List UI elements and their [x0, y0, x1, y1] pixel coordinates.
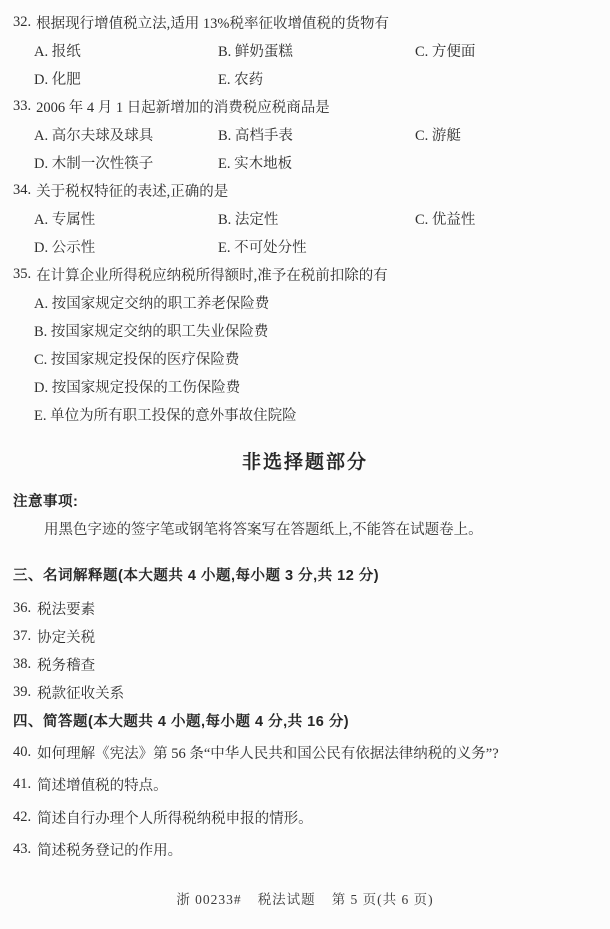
question-36-number: 36. [13, 600, 31, 617]
question-34-stem: 关于税权特征的表述,正确的是 [36, 180, 228, 201]
question-35-stem: 在计算企业所得税应纳税所得额时,准予在税前扣除的有 [36, 264, 388, 285]
question-32-stem-line: 32. 根据现行增值税立法,适用 13%税率征收增值税的货物有 [0, 8, 610, 36]
question-41-number: 41. [13, 776, 31, 793]
part-three-heading: 三、名词解释题(本大题共 4 小题,每小题 3 分,共 12 分) [0, 560, 610, 588]
question-35-number: 35. [13, 266, 31, 283]
question-34-option-b: B. 法定性 [218, 208, 415, 229]
question-33-stem: 2006 年 4 月 1 日起新增加的消费税应税商品是 [36, 96, 330, 117]
question-37: 37. 协定关税 [0, 622, 610, 650]
question-34-options-row-2: D. 公示性 E. 不可处分性 [34, 232, 610, 260]
question-42-text: 简述自行办理个人所得税纳税申报的情形。 [37, 807, 313, 828]
notice-text: 用黑色字迹的签字笔或钢笔将答案写在答题纸上,不能答在试题卷上。 [0, 514, 610, 542]
question-34-number: 34. [13, 182, 31, 199]
question-39-number: 39. [13, 684, 31, 701]
question-40-number: 40. [13, 744, 31, 761]
question-38: 38. 税务稽查 [0, 650, 610, 678]
question-32-option-b: B. 鲜奶蛋糕 [218, 40, 415, 61]
question-34-option-a: A. 专属性 [34, 208, 218, 229]
question-32-stem: 根据现行增值税立法,适用 13%税率征收增值税的货物有 [36, 12, 389, 33]
question-32-option-c: C. 方便面 [415, 40, 610, 61]
question-34-options-row-1: A. 专属性 B. 法定性 C. 优益性 [34, 204, 610, 232]
section-title: 非选择题部分 [242, 447, 368, 474]
question-41: 41. 简述增值税的特点。 [0, 770, 610, 798]
question-33-option-c: C. 游艇 [415, 124, 610, 145]
question-33-number: 33. [13, 98, 31, 115]
question-35-option-c: C. 按国家规定投保的医疗保险费 [0, 344, 610, 372]
page-number: 第 5 页(共 6 页) [332, 888, 434, 908]
question-35-option-a: A. 按国家规定交纳的职工养老保险费 [0, 288, 610, 316]
question-34-option-e: E. 不可处分性 [218, 236, 415, 257]
part-four-heading: 四、简答题(本大题共 4 小题,每小题 4 分,共 16 分) [0, 706, 610, 734]
question-43-number: 43. [13, 841, 31, 858]
question-37-number: 37. [13, 628, 31, 645]
question-34-stem-line: 34. 关于税权特征的表述,正确的是 [0, 176, 610, 204]
question-33-stem-line: 33. 2006 年 4 月 1 日起新增加的消费税应税商品是 [0, 92, 610, 120]
question-43-text: 简述税务登记的作用。 [37, 839, 182, 860]
question-42-number: 42. [13, 809, 31, 826]
question-33-options-row-1: A. 高尔夫球及球具 B. 高档手表 C. 游艇 [34, 120, 610, 148]
question-43: 43. 简述税务登记的作用。 [0, 835, 610, 863]
question-34-option-c: C. 优益性 [415, 208, 610, 229]
exam-code: 浙 00233# [176, 888, 241, 908]
question-32-options-row-1: A. 报纸 B. 鲜奶蛋糕 C. 方便面 [34, 36, 610, 64]
question-37-text: 协定关税 [37, 626, 95, 647]
paper-title: 税法试题 [258, 888, 316, 908]
question-32-options-row-2: D. 化肥 E. 农药 [34, 64, 610, 92]
notice-label: 注意事项: [0, 486, 610, 514]
question-32-number: 32. [13, 14, 31, 31]
question-35-option-e: E. 单位为所有职工投保的意外事故住院险 [0, 400, 610, 428]
question-33-option-d: D. 木制一次性筷子 [34, 152, 218, 173]
question-33-option-a: A. 高尔夫球及球具 [34, 124, 218, 145]
question-33-options-row-2: D. 木制一次性筷子 E. 实木地板 [34, 148, 610, 176]
question-36: 36. 税法要素 [0, 594, 610, 622]
question-32-option-a: A. 报纸 [34, 40, 218, 61]
section-title-wrap: 非选择题部分 [0, 442, 610, 478]
question-35-option-b: B. 按国家规定交纳的职工失业保险费 [0, 316, 610, 344]
question-34-option-d: D. 公示性 [34, 236, 218, 257]
question-39: 39. 税款征收关系 [0, 678, 610, 706]
question-41-text: 简述增值税的特点。 [37, 774, 168, 795]
question-40-text: 如何理解《宪法》第 56 条“中华人民共和国公民有依据法律纳税的义务”? [37, 742, 499, 763]
exam-paper-page: 32. 根据现行增值税立法,适用 13%税率征收增值税的货物有 A. 报纸 B.… [0, 0, 610, 912]
question-40: 40. 如何理解《宪法》第 56 条“中华人民共和国公民有依据法律纳税的义务”? [0, 738, 610, 766]
question-38-text: 税务稽查 [37, 654, 95, 675]
question-33-option-b: B. 高档手表 [218, 124, 415, 145]
question-42: 42. 简述自行办理个人所得税纳税申报的情形。 [0, 803, 610, 831]
question-35-stem-line: 35. 在计算企业所得税应纳税所得额时,准予在税前扣除的有 [0, 260, 610, 288]
question-32-option-d: D. 化肥 [34, 68, 218, 89]
question-36-text: 税法要素 [37, 598, 95, 619]
question-38-number: 38. [13, 656, 31, 673]
question-39-text: 税款征收关系 [37, 682, 124, 703]
question-35-option-d: D. 按国家规定投保的工伤保险费 [0, 372, 610, 400]
question-33-option-e: E. 实木地板 [218, 152, 415, 173]
page-footer: 浙 00233# 税法试题 第 5 页(共 6 页) [0, 884, 610, 912]
question-32-option-e: E. 农药 [218, 68, 415, 89]
